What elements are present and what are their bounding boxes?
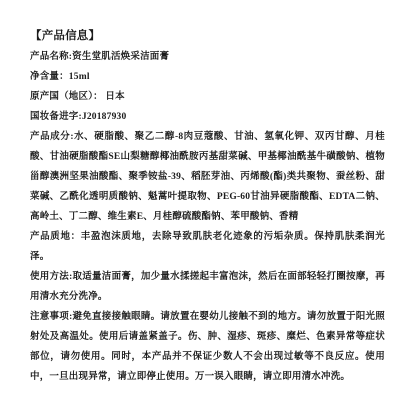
cautions-paragraph: 注意事项:避免直接接触眼睛。请放置在婴幼儿接触不到的地方。请勿放置于阳光照射处及…	[30, 307, 385, 387]
ingredients-paragraph: 产品成分:水、硬脂酸、聚乙二醇-8肉豆蔻酸、甘油、氢氧化钾、双丙甘醇、月桂酸、甘…	[30, 127, 385, 227]
section-title: 【产品信息】	[30, 26, 385, 47]
product-name-line: 产品名称:资生堂肌活焕采洁面膏	[30, 47, 385, 67]
net-content-line: 净含量：15ml	[30, 67, 385, 87]
registration-number-line: 国妆备进字:J20187930	[30, 107, 385, 127]
origin-country-line: 原产国（地区）： 日本	[30, 87, 385, 107]
usage-paragraph: 使用方法:取适量洁面膏，加少量水揉搓起丰富泡沫，然后在面部轻轻打圈按摩，再用清水…	[30, 267, 385, 307]
product-info-page: 【产品信息】 产品名称:资生堂肌活焕采洁面膏 净含量：15ml 原产国（地区）：…	[0, 0, 400, 400]
texture-paragraph: 产品质地：丰盈泡沫质地，去除导致肌肤老化迹象的污垢杂质。保持肌肤柔润光泽。	[30, 227, 385, 267]
product-info-document: 【产品信息】 产品名称:资生堂肌活焕采洁面膏 净含量：15ml 原产国（地区）：…	[30, 26, 385, 387]
